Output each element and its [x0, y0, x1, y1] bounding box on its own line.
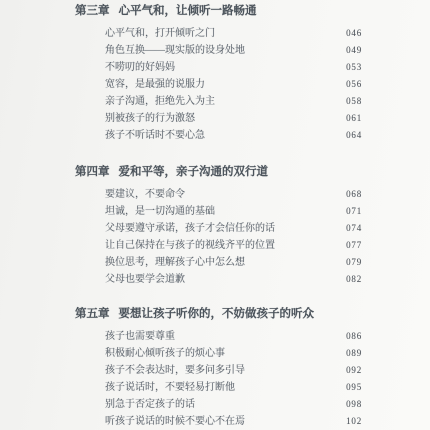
- toc-entry: 让自己保持在与孩子的视线齐平的位置 077: [105, 237, 362, 254]
- toc-entry: 角色互换——现实版的设身处地 049: [105, 42, 362, 59]
- toc-entry-title: 孩子也需要尊重: [105, 328, 175, 345]
- toc-entry-title: 角色互换——现实版的设身处地: [105, 42, 245, 59]
- toc-entry: 宽容，是最强的说服力 056: [105, 76, 362, 93]
- toc-entry: 心平气和，打开倾听之门 046: [105, 25, 362, 42]
- toc-section-chapter-3: 第三章 心平气和，让倾听一路畅通 心平气和，打开倾听之门 046 角色互换——现…: [75, 4, 362, 144]
- chapter-heading: 第三章 心平气和，让倾听一路畅通: [75, 4, 362, 19]
- toc-entry: 别急于否定孩子的话 098: [105, 396, 362, 413]
- toc-entry-title: 父母也要学会道歉: [105, 271, 185, 288]
- toc-entry: 别被孩子的行为激怒 061: [105, 110, 362, 127]
- toc-entry-page-number: 089: [346, 345, 362, 362]
- toc-entry-title: 听孩子说话的时候不要心不在焉: [105, 413, 245, 430]
- toc-entry-page-number: 064: [346, 127, 362, 144]
- toc-entry-page-number: 092: [346, 362, 362, 379]
- chapter-title: 心平气和，让倾听一路畅通: [119, 4, 257, 19]
- toc-entry-title: 心平气和，打开倾听之门: [105, 25, 215, 42]
- toc-entry-title: 亲子沟通，拒绝先入为主: [105, 93, 215, 110]
- toc-entry-title: 要建议，不要命令: [105, 186, 185, 203]
- chapter-number: 第五章: [75, 307, 110, 322]
- toc-entry: 孩子说话时，不要轻易打断他 095: [105, 379, 362, 396]
- chapter-title: 要想让孩子听你的，不妨做孩子的听众: [119, 307, 315, 322]
- toc-entry-page-number: 056: [346, 76, 362, 93]
- toc-entry: 听孩子说话的时候不要心不在焉 102: [105, 413, 362, 430]
- toc-entry-page-number: 077: [346, 237, 362, 254]
- chapter-heading: 第五章 要想让孩子听你的，不妨做孩子的听众: [75, 307, 362, 322]
- table-of-contents: 第三章 心平气和，让倾听一路畅通 心平气和，打开倾听之门 046 角色互换——现…: [0, 0, 430, 430]
- toc-entry: 孩子不听话时不要心急 064: [105, 127, 362, 144]
- toc-entry-title: 宽容，是最强的说服力: [105, 76, 205, 93]
- chapter-number: 第三章: [75, 4, 110, 19]
- toc-entry-title: 孩子不听话时不要心急: [105, 127, 205, 144]
- toc-entry: 换位思考，理解孩子心中怎么想 079: [105, 254, 362, 271]
- toc-entry-page-number: 068: [346, 186, 362, 203]
- toc-entry-page-number: 098: [346, 396, 362, 413]
- toc-section-chapter-5: 第五章 要想让孩子听你的，不妨做孩子的听众 孩子也需要尊重 086 积极耐心倾听…: [75, 307, 362, 430]
- toc-entry-page-number: 046: [346, 25, 362, 42]
- toc-entry: 孩子不会表达时，要多问多引导 092: [105, 362, 362, 379]
- toc-entry: 亲子沟通，拒绝先入为主 058: [105, 93, 362, 110]
- toc-entry: 孩子也需要尊重 086: [105, 328, 362, 345]
- toc-entry: 坦诚，是一切沟通的基础 071: [105, 203, 362, 220]
- chapter-entries: 心平气和，打开倾听之门 046 角色互换——现实版的设身处地 049 不唠叨的好…: [75, 25, 362, 144]
- toc-entry-page-number: 095: [346, 379, 362, 396]
- toc-entry-title: 孩子说话时，不要轻易打断他: [105, 379, 235, 396]
- toc-entry-page-number: 086: [346, 328, 362, 345]
- toc-entry-title: 别被孩子的行为激怒: [105, 110, 195, 127]
- toc-entry-page-number: 049: [346, 42, 362, 59]
- toc-entry: 不唠叨的好妈妈 053: [105, 59, 362, 76]
- toc-entry: 父母也要学会道歉 082: [105, 271, 362, 288]
- toc-entry-page-number: 071: [346, 203, 362, 220]
- toc-entry-title: 让自己保持在与孩子的视线齐平的位置: [105, 237, 275, 254]
- chapter-heading: 第四章 爱和平等，亲子沟通的双行道: [75, 165, 362, 180]
- book-toc-page: 第三章 心平气和，让倾听一路畅通 心平气和，打开倾听之门 046 角色互换——现…: [0, 0, 430, 430]
- toc-entry-title: 别急于否定孩子的话: [105, 396, 195, 413]
- chapter-entries: 孩子也需要尊重 086 积极耐心倾听孩子的烦心事 089 孩子不会表达时，要多问…: [75, 328, 362, 430]
- chapter-number: 第四章: [75, 165, 110, 180]
- toc-entry-page-number: 074: [346, 220, 362, 237]
- toc-entry-page-number: 053: [346, 59, 362, 76]
- toc-entry-title: 积极耐心倾听孩子的烦心事: [105, 345, 225, 362]
- toc-entry-title: 换位思考，理解孩子心中怎么想: [105, 254, 245, 271]
- toc-entry-title: 坦诚，是一切沟通的基础: [105, 203, 215, 220]
- toc-entry-page-number: 079: [346, 254, 362, 271]
- chapter-entries: 要建议，不要命令 068 坦诚，是一切沟通的基础 071 父母要遵守承诺，孩子才…: [75, 186, 362, 288]
- toc-entry-page-number: 082: [346, 271, 362, 288]
- toc-entry-page-number: 102: [346, 413, 362, 430]
- toc-entry: 积极耐心倾听孩子的烦心事 089: [105, 345, 362, 362]
- toc-section-chapter-4: 第四章 爱和平等，亲子沟通的双行道 要建议，不要命令 068 坦诚，是一切沟通的…: [75, 165, 362, 288]
- toc-entry-page-number: 058: [346, 93, 362, 110]
- toc-entry-title: 不唠叨的好妈妈: [105, 59, 175, 76]
- toc-entry: 要建议，不要命令 068: [105, 186, 362, 203]
- toc-entry-title: 父母要遵守承诺，孩子才会信任你的话: [105, 220, 275, 237]
- toc-entry: 父母要遵守承诺，孩子才会信任你的话 074: [105, 220, 362, 237]
- toc-entry-title: 孩子不会表达时，要多问多引导: [105, 362, 245, 379]
- chapter-title: 爱和平等，亲子沟通的双行道: [119, 165, 269, 180]
- toc-entry-page-number: 061: [346, 110, 362, 127]
